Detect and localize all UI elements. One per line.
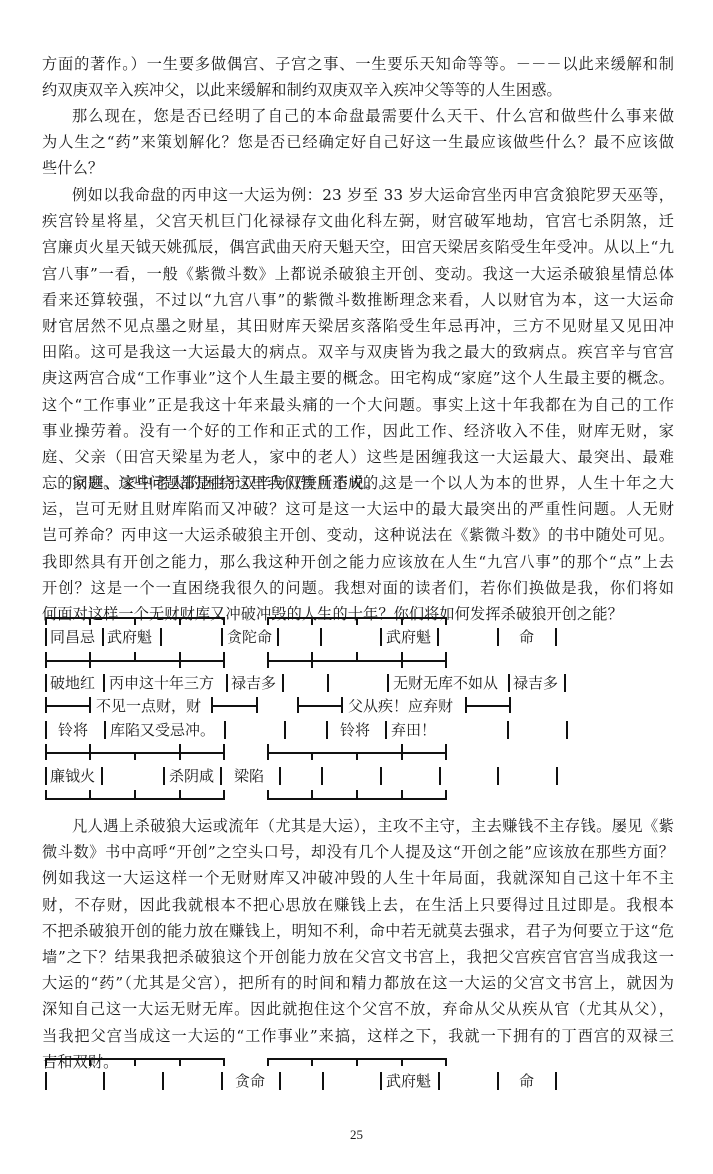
cell-divider	[101, 767, 103, 785]
grid-tick	[509, 697, 511, 713]
grid-tick	[401, 1058, 403, 1066]
text-line: 墙”之下？结果我把杀破狼这个开创能力放在父宫文书宫上，我把父宫疾宫官宫当成我这一	[42, 944, 674, 970]
chart-note: 父从疾！应弃财	[348, 697, 453, 715]
cell-divider	[163, 767, 165, 785]
cell-divider	[385, 721, 387, 739]
grid-tick	[45, 1058, 47, 1066]
grid-tick	[89, 790, 91, 800]
grid-tick	[356, 617, 358, 625]
cell-divider	[104, 721, 106, 739]
grid-tick	[356, 1058, 358, 1066]
chart-cell: 杀阴咸	[169, 767, 214, 785]
cell-divider	[284, 721, 286, 739]
cell-divider	[102, 628, 104, 646]
text-line: 疾宫铃星将星，父宫天机巨门化禄禄存文曲化科左弼，财宫破军地劫，官宫七杀阴煞，迁	[42, 208, 674, 234]
grid-tick	[356, 652, 358, 660]
text-line: 庚这两宫合成“工作事业”这个人生最主要的概念。田宅构成“家庭”这个人生最主要的概…	[42, 365, 674, 391]
text-line: 田陷。这可是我这一大运最大的病点。双辛与双庚皆为我之最大的致病点。疾宫辛与官宫	[42, 339, 674, 365]
cell-divider	[497, 767, 499, 785]
grid-tick	[223, 790, 225, 800]
text-line: 深知自己这一大运无财无库。因此就抱住这个父宫不放，弃命从父从疾从官（尤其从父），	[42, 996, 674, 1022]
grid-tick	[89, 744, 91, 760]
text-line: 财官居然不见点墨之财星，其田财库天梁居亥落陷受生年忌再冲，三方不见财星又见田冲	[42, 313, 674, 339]
text-line: 我即然具有开创之能力，那么我这种开创之能力应该放在人生“九宫八事”的那个“点”上…	[42, 549, 674, 575]
cell-divider	[439, 767, 441, 785]
cell-divider	[326, 721, 328, 739]
cell-divider	[277, 628, 279, 646]
text-line: 宫廉贞火星天钺天姚孤辰，偶宫武曲天府天魁天空，田宫天梁居亥陷受生年受冲。从以上“…	[42, 234, 674, 260]
cell-divider	[103, 674, 105, 692]
grid-tick	[134, 1058, 136, 1066]
grid-tick	[45, 697, 47, 713]
chart-cell: 贪命	[235, 1072, 265, 1090]
grid-tick	[445, 790, 447, 800]
chart-cell: 梁陷	[234, 767, 264, 785]
grid-tick	[134, 652, 136, 660]
cell-divider	[556, 767, 558, 785]
grid-tick	[267, 744, 269, 760]
grid-line	[45, 660, 225, 662]
grid-tick	[341, 697, 343, 713]
grid-tick	[179, 652, 181, 668]
grid-tick	[179, 744, 181, 760]
chart-cell: 弃田！	[391, 721, 436, 739]
grid-tick	[89, 1058, 91, 1066]
grid-tick	[179, 790, 181, 800]
cell-divider	[103, 1072, 105, 1090]
chart-cell: 贪陀命	[227, 628, 272, 646]
chart-cell: 无财无库不如从	[393, 674, 498, 692]
cell-divider	[320, 628, 322, 646]
text-line: 例如以我命盘的丙申这一大运为例：23 岁至 33 岁大运命宫坐丙申宫贪狼陀罗天巫…	[42, 182, 674, 208]
chart-cell: 武府魁	[107, 628, 152, 646]
cell-divider	[45, 1072, 47, 1090]
text-line: 财，不存财，因此我就根本不把心思放在赚钱上去，在生活上只要得过且过即是。我根本	[42, 892, 674, 918]
grid-tick	[401, 790, 403, 800]
cell-divider	[279, 1072, 281, 1090]
grid-line	[465, 705, 511, 707]
text-line: 那么现在，您是否已经明了自己的本命盘最需要什么天干、什么宫和做些什么事来做	[42, 103, 674, 129]
grid-tick	[179, 1058, 181, 1066]
text-line: 看来还算较强，不过以“九宫八事”的紫微斗数推断理念来看，人以财官为本，这一大运命	[42, 287, 674, 313]
grid-tick	[45, 652, 47, 668]
cell-divider	[282, 674, 284, 692]
cell-divider	[437, 628, 439, 646]
grid-tick	[89, 697, 91, 713]
cell-divider	[321, 767, 323, 785]
cell-divider	[162, 1072, 164, 1090]
cell-divider	[160, 628, 162, 646]
chart-cell: 命	[519, 628, 534, 646]
cell-divider	[224, 721, 226, 739]
grid-tick	[445, 652, 447, 668]
text-line: 事业操劳着。没有一个好的工作和正式的工作，因此工作、经济收入不佳，财库无财，家	[42, 418, 674, 444]
grid-tick	[45, 617, 47, 625]
cell-divider	[322, 1072, 324, 1090]
chart-cell: 丙申这十年三方	[109, 674, 214, 692]
cell-divider	[387, 674, 389, 692]
grid-tick	[223, 1058, 225, 1066]
grid-tick	[311, 790, 313, 800]
chart-cell: 破地红	[50, 674, 95, 692]
text-line: 庭、父亲（田宫天梁星为老人，家中的老人）这些是困缠我这一大运最大、最突出、最难	[42, 444, 674, 470]
cell-divider	[220, 767, 222, 785]
grid-tick	[401, 652, 403, 668]
cell-divider	[555, 628, 557, 646]
cell-divider	[438, 1072, 440, 1090]
text-line: 宫八事”一看，一般《紫微斗数》上都说杀破狼主开创、变动。我这一大运杀破狼星情总体	[42, 261, 674, 287]
paragraph-1: 方面的著作。）一生要多做偶宫、子宫之事、一生要乐天知命等等。－－－以此来缓解和制…	[42, 51, 674, 103]
text-line: 些什么？	[42, 155, 674, 181]
grid-tick	[223, 652, 225, 668]
paragraph-2: 那么现在，您是否已经明了自己的本命盘最需要什么天干、什么宫和做些什么事来做 为人…	[42, 103, 674, 182]
text-line: 运，岂可无财且财库陷而又冲破？这可是这一大运中的最大最突出的严重性问题。人无财	[42, 496, 674, 522]
text-line: 当我把父宫当成这一大运的“工作事业”来搞，这样之下，我就一下拥有的丁酉宫的双禄三	[42, 1023, 674, 1049]
cell-divider	[327, 674, 329, 692]
grid-tick	[45, 790, 47, 800]
grid-tick	[445, 617, 447, 625]
grid-tick	[311, 1058, 313, 1066]
grid-tick	[134, 790, 136, 800]
cell-divider	[279, 767, 281, 785]
cell-divider	[45, 674, 47, 692]
cell-divider	[380, 628, 382, 646]
grid-tick	[356, 790, 358, 800]
chart-cell: 铃将	[340, 721, 370, 739]
paragraph-4: 家庭、家中老人的困绕这里我们暂且不说。这是一个以人为本的世界，人生十年之大 运，…	[42, 470, 674, 627]
chart-cell: 禄吉多	[231, 674, 276, 692]
cell-divider	[508, 674, 510, 692]
grid-tick	[311, 617, 313, 625]
chart-cell: 命	[519, 1072, 534, 1090]
chart-cell: 廉钺火	[50, 767, 95, 785]
grid-line	[211, 705, 258, 707]
grid-tick	[311, 752, 313, 760]
grid-tick	[356, 752, 358, 760]
grid-tick	[267, 1058, 269, 1066]
grid-tick	[45, 744, 47, 760]
text-line: 岂可养命？丙申这一大运杀破狼主开创、变动，这种说法在《紫微斗数》的书中随处可见。	[42, 522, 674, 548]
text-line: 例如我这一大运这样一个无财财库又冲破冲毁的人生十年局面，我就深知自己这十年不主	[42, 865, 674, 891]
cell-divider	[45, 721, 47, 739]
cell-divider	[45, 628, 47, 646]
chart-cell: 铃将	[58, 721, 88, 739]
grid-tick	[267, 617, 269, 625]
chart-cell: 武府魁	[386, 1072, 431, 1090]
chart-cell: 同昌忌	[50, 628, 95, 646]
text-line: 何面对这样一个无财财库又冲破冲毁的人生的十年？你们将如何发挥杀破狼开创之能？	[42, 601, 674, 627]
chart-cell: 库陷又受忌冲。	[110, 721, 215, 739]
chart-note: 不见一点财，财	[96, 697, 201, 715]
text-line: 为人生之“药”来策划解化？您是否已经确定好自己好这一生最应该做些什么？最不应该做	[42, 129, 674, 155]
grid-tick	[445, 1058, 447, 1066]
grid-tick	[179, 617, 181, 625]
text-line: 吉和双财。	[42, 1049, 674, 1075]
cell-divider	[566, 721, 568, 739]
text-line: 家庭、家中老人的困绕这里我们暂且不说。这是一个以人为本的世界，人生十年之大	[42, 470, 674, 496]
text-line: 微斗数》书中高呼“开创”之空头口号，却没有几个人提及这“开创之能”应该放在那些方…	[42, 839, 674, 865]
text-line: 约双庚双辛入疾冲父，以此来缓解和制约双庚双辛入疾冲父等等的人生困惑。	[42, 77, 674, 103]
cell-divider	[497, 628, 499, 646]
cell-divider	[380, 1072, 382, 1090]
grid-tick	[267, 652, 269, 668]
cell-divider	[555, 1072, 557, 1090]
text-line: 开创？这是一个一直困绕我很久的问题。我想对面的读者们，若你们换做是我，你们将如	[42, 575, 674, 601]
chart-cell: 禄吉多	[513, 674, 558, 692]
grid-line	[267, 660, 447, 662]
text-line: 凡人遇上杀破狼大运或流年（尤其是大运），主攻不主守，主去赚钱不主存钱。屡见《紫	[42, 813, 674, 839]
paragraph-5: 凡人遇上杀破狼大运或流年（尤其是大运），主攻不主守，主去赚钱不主存钱。屡见《紫 …	[42, 813, 674, 1075]
cell-divider	[380, 767, 382, 785]
grid-tick	[256, 697, 258, 713]
document-page: 方面的著作。）一生要多做偶宫、子宫之事、一生要乐天知命等等。－－－以此来缓解和制…	[0, 0, 713, 1174]
cell-divider	[221, 628, 223, 646]
chart-cell: 武府魁	[386, 628, 431, 646]
grid-tick	[223, 744, 225, 760]
grid-tick	[267, 790, 269, 800]
grid-tick	[134, 617, 136, 625]
text-line: 大运的“药”（尤其是父宫），把所有的时间和精力都放在这一大运的父宫文书宫上，就因…	[42, 970, 674, 996]
grid-line	[45, 705, 89, 707]
grid-tick	[89, 652, 91, 668]
paragraph-3: 例如以我命盘的丙申这一大运为例：23 岁至 33 岁大运命宫坐丙申宫贪狼陀罗天巫…	[42, 182, 674, 496]
cell-divider	[221, 1072, 223, 1090]
grid-tick	[223, 617, 225, 625]
cell-divider	[497, 1072, 499, 1090]
grid-line	[297, 705, 343, 707]
text-line: 方面的著作。）一生要多做偶宫、子宫之事、一生要乐天知命等等。－－－以此来缓解和制	[42, 51, 674, 77]
grid-tick	[401, 744, 403, 760]
grid-tick	[311, 652, 313, 668]
grid-tick	[134, 752, 136, 760]
grid-tick	[89, 617, 91, 625]
text-line: 不把杀破狼开创的能力放在赚钱上，明知不利，命中若无就莫去强求，君子为何要立于这“…	[42, 918, 674, 944]
cell-divider	[564, 674, 566, 692]
page-number: 25	[0, 1127, 713, 1143]
grid-tick	[401, 617, 403, 625]
grid-tick	[445, 744, 447, 760]
cell-divider	[226, 674, 228, 692]
cell-divider	[45, 767, 47, 785]
cell-divider	[507, 721, 509, 739]
text-line: 这个“工作事业”正是我这十年来最头痛的一个大问题。事实上这十年我都在为自己的工作	[42, 392, 674, 418]
